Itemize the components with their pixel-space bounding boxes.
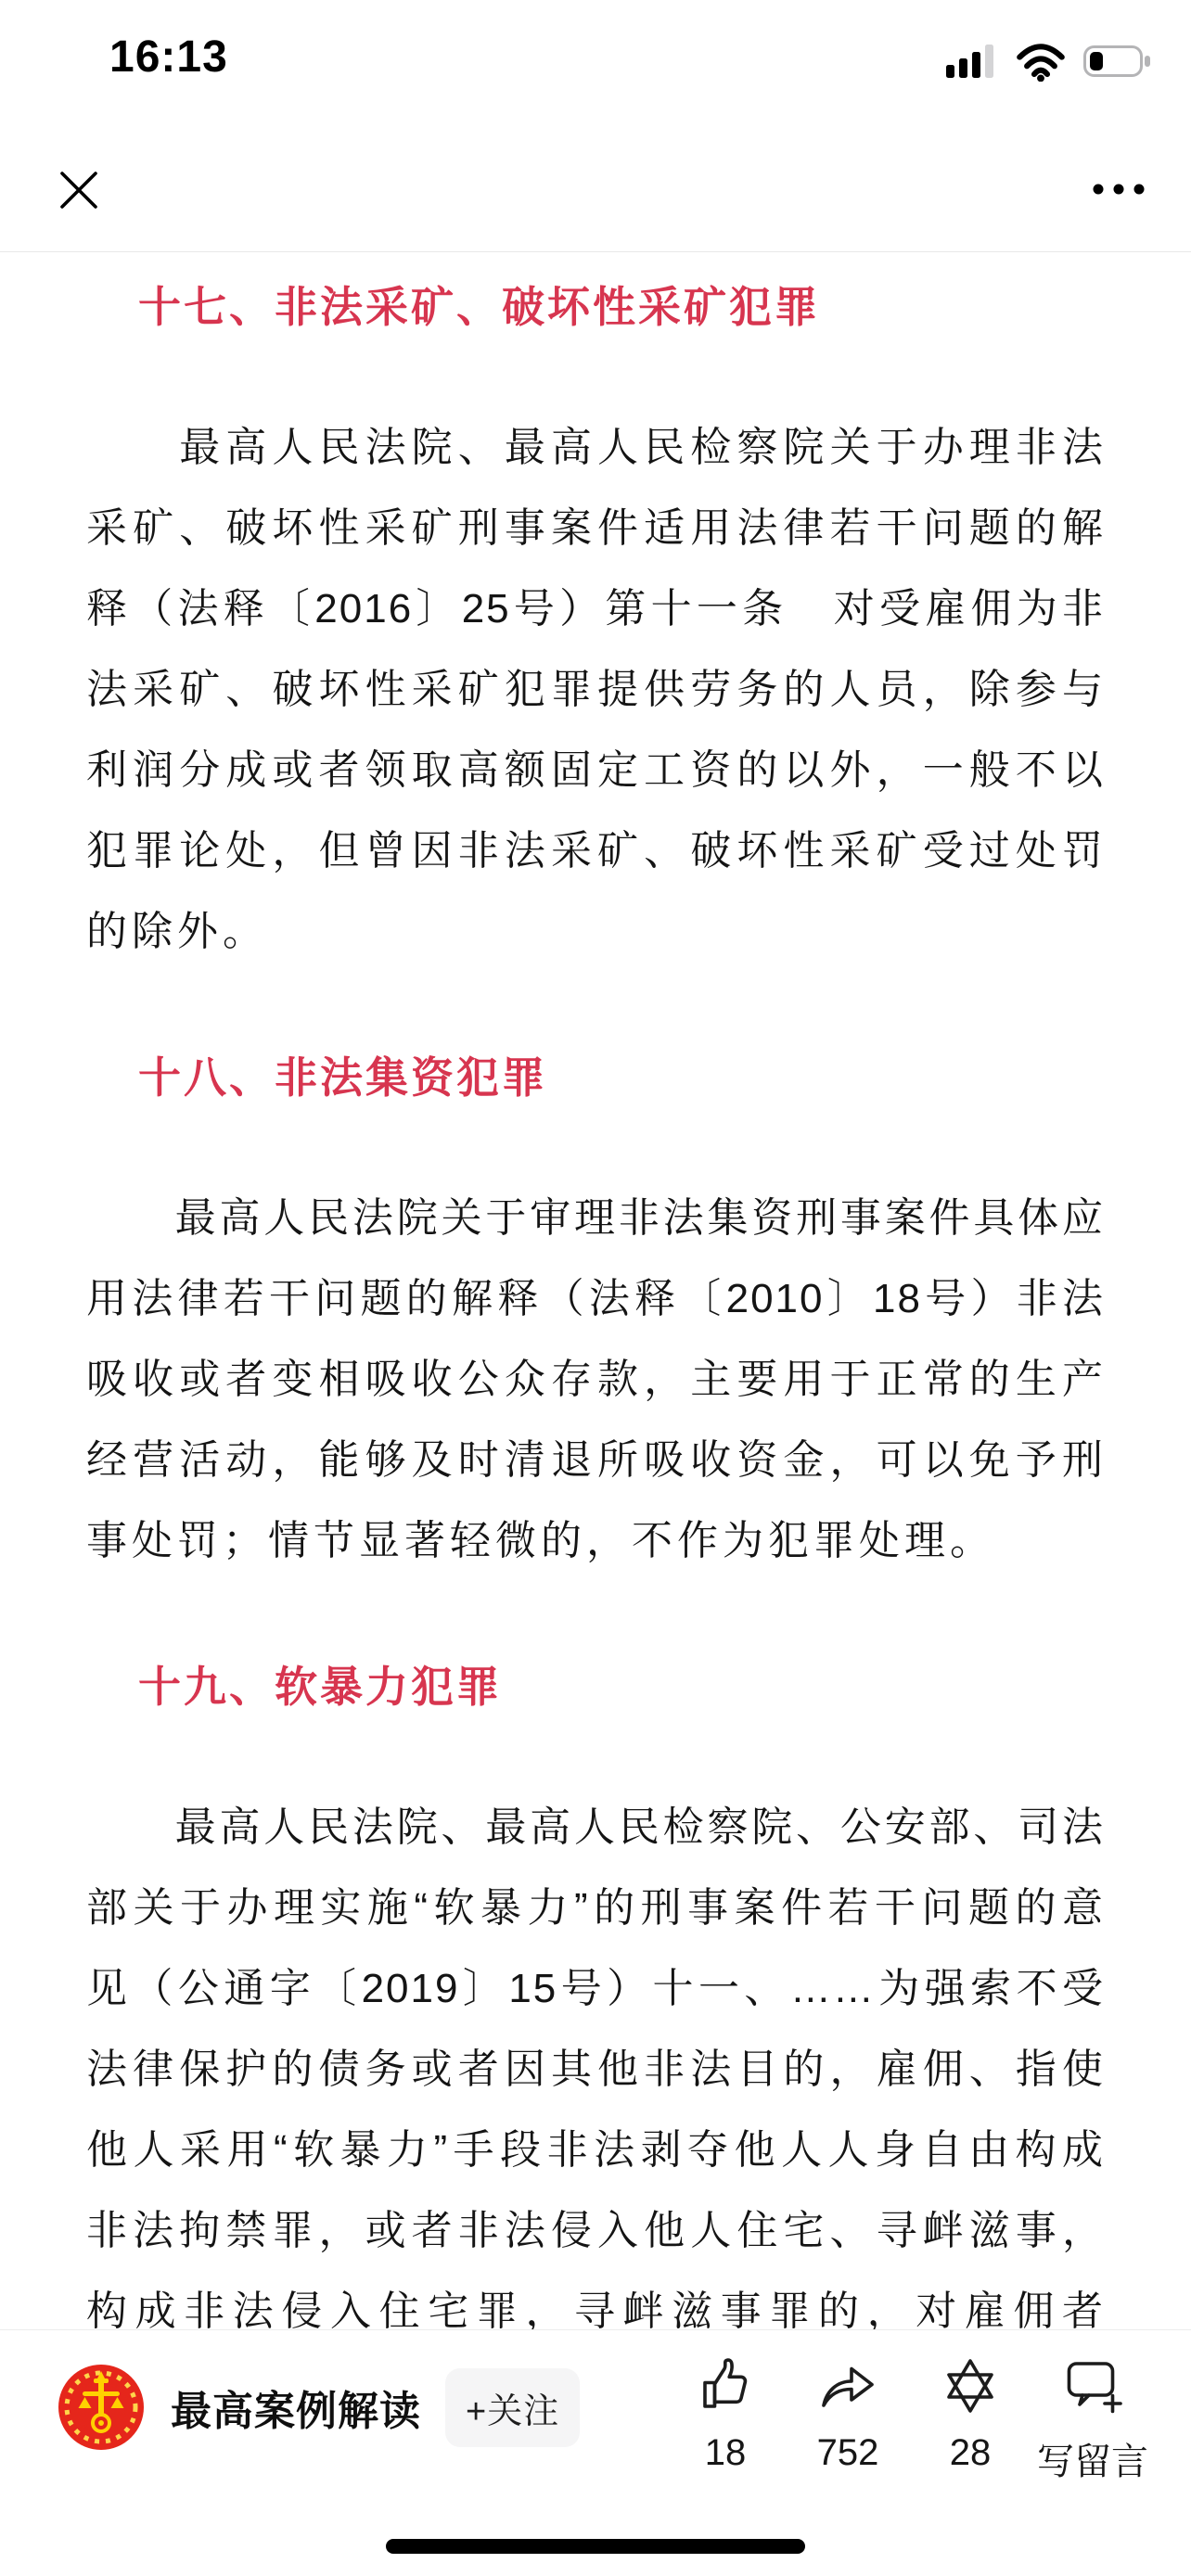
body-line: 最高人民法院关于审理非法集资刑事案件具体应 <box>86 1178 1105 1258</box>
article-content: 十七、非法采矿、破坏性采矿犯罪 最高人民法院、最高人民检察院关于办理非法 采矿、… <box>0 252 1191 2352</box>
body-line: 经营活动，能够及时清退所吸收资金，可以免予刑 <box>86 1420 1105 1500</box>
cellular-signal-icon <box>946 43 998 80</box>
body-line: 最高人民法院、最高人民检察院关于办理非法 <box>86 407 1105 488</box>
body-line: 采矿、破坏性采矿刑事案件适用法律若干问题的解 <box>86 488 1105 568</box>
comment-label: 写留言 <box>1037 2432 1148 2485</box>
account-avatar[interactable] <box>58 2364 145 2451</box>
section-heading: 十九、软暴力犯罪 <box>86 1657 1105 1716</box>
status-time: 16:13 <box>109 32 228 83</box>
body-line: 见（公通字〔2019〕15号）十一、……为强索不受 <box>86 1948 1105 2029</box>
body-line: 事处罚；情节显著轻微的，不作为犯罪处理。 <box>86 1500 1105 1581</box>
share-count: 752 <box>817 2432 879 2474</box>
court-emblem-icon <box>58 2364 145 2451</box>
follow-button[interactable]: +关注 <box>445 2368 580 2447</box>
like-count: 18 <box>705 2432 747 2474</box>
status-icons <box>946 41 1152 82</box>
action-bar: 18 752 28 写留言 <box>664 2330 1154 2485</box>
comment-bubble-icon <box>1063 2356 1122 2416</box>
body-line: 利润分成或者领取高额固定工资的以外，一般不以 <box>86 730 1105 810</box>
body-line: 释（法释〔2016〕25号）第十一条 对受雇佣为非 <box>86 568 1105 649</box>
close-icon <box>54 165 104 215</box>
thumbs-up-icon <box>696 2356 755 2416</box>
wow-count: 28 <box>950 2432 992 2474</box>
section-heading: 十七、非法采矿、破坏性采矿犯罪 <box>86 277 1105 337</box>
wow-button[interactable]: 28 <box>909 2330 1031 2485</box>
wifi-icon <box>1015 41 1067 82</box>
wow-star-icon <box>941 2356 1000 2416</box>
account-name[interactable]: 最高案例解读 <box>171 2378 421 2437</box>
body-line: 吸收或者变相吸收公众存款，主要用于正常的生产 <box>86 1339 1105 1420</box>
body-line: 他人采用“软暴力”手段非法剥夺他人人身自由构成 <box>86 2110 1105 2190</box>
battery-icon <box>1083 45 1152 78</box>
more-button[interactable] <box>1089 182 1148 197</box>
share-button[interactable]: 752 <box>787 2330 909 2485</box>
body-line: 法律保护的债务或者因其他非法目的，雇佣、指使 <box>86 2029 1105 2110</box>
paragraph: 最高人民法院、最高人民检察院、公安部、司法 部关于办理实施“软暴力”的刑事案件若… <box>86 1787 1105 2352</box>
paragraph: 最高人民法院关于审理非法集资刑事案件具体应 用法律若干问题的解释（法释〔2010… <box>86 1178 1105 1581</box>
share-arrow-icon <box>818 2356 877 2416</box>
body-line: 最高人民法院、最高人民检察院、公安部、司法 <box>86 1787 1105 1868</box>
bottom-bar: 最高案例解读 +关注 18 752 <box>0 2329 1191 2576</box>
account-block: 最高案例解读 +关注 <box>58 2364 580 2451</box>
body-line: 的除外。 <box>86 891 1105 972</box>
article-page: 16:13 十七、非法采矿、破坏性采矿犯罪 <box>0 0 1191 2576</box>
close-button[interactable] <box>54 165 104 215</box>
body-line: 用法律若干问题的解释（法释〔2010〕18号）非法 <box>86 1258 1105 1339</box>
comment-button[interactable]: 写留言 <box>1031 2330 1154 2485</box>
like-button[interactable]: 18 <box>664 2330 787 2485</box>
body-line: 法采矿、破坏性采矿犯罪提供劳务的人员，除参与 <box>86 649 1105 730</box>
paragraph: 最高人民法院、最高人民检察院关于办理非法 采矿、破坏性采矿刑事案件适用法律若干问… <box>86 407 1105 972</box>
home-indicator[interactable] <box>386 2539 805 2554</box>
ellipsis-icon <box>1089 182 1148 197</box>
body-line: 犯罪论处，但曾因非法采矿、破坏性采矿受过处罚 <box>86 810 1105 891</box>
body-line: 非法拘禁罪，或者非法侵入他人住宅、寻衅滋事， <box>86 2190 1105 2271</box>
section-heading: 十八、非法集资犯罪 <box>86 1048 1105 1107</box>
body-line: 部关于办理实施“软暴力”的刑事案件若干问题的意 <box>86 1868 1105 1948</box>
